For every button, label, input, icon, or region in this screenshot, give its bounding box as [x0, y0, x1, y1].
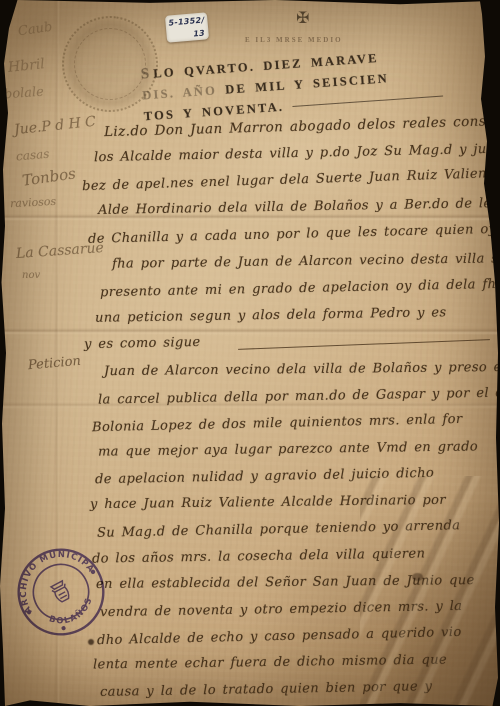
archive-label-fraction: 13	[193, 29, 205, 39]
maltese-cross-icon: ✠	[296, 8, 309, 27]
manuscript-line: y es como sigue	[84, 335, 201, 352]
manuscript-line: presento ante mi en grado de apelacion o…	[100, 277, 500, 300]
faded-seal-caption: E IL3 MRSE MEDIO	[245, 36, 343, 44]
ink-dot	[88, 639, 94, 645]
margin-note: Hbril	[7, 56, 45, 76]
manuscript-page: 5-1352/ 13 ✠ E IL3 MRSE MEDIO SLO QVARTO…	[0, 0, 500, 706]
margin-note: casas	[15, 147, 49, 164]
margin-note: nov	[22, 270, 40, 281]
svg-text:BOLAÑOS: BOLAÑOS	[45, 592, 100, 633]
margin-note-peticion: Peticion	[27, 354, 81, 374]
stamp-crest-emblem	[50, 580, 72, 603]
header-rule	[292, 95, 443, 107]
margin-note: Caub	[17, 20, 53, 40]
stamp-arc-bottom-text: BOLAÑOS	[45, 592, 100, 633]
embossed-seal-inner-ring	[69, 23, 150, 104]
margin-note: raviosos	[10, 195, 57, 210]
manuscript-line: Juan de Alarcon vecino dela villa de Bol…	[104, 360, 500, 379]
manuscript-line: de Chanilla y a cada uno por lo que les …	[88, 220, 500, 247]
fold-crease	[0, 328, 500, 335]
manuscript-line: una peticion segun y alos dela forma Ped…	[95, 305, 447, 326]
archive-label: 5-1352/ 13	[165, 12, 209, 43]
manuscript-line: los Alcalde maior desta villa y p.do Joz…	[94, 142, 495, 165]
printed-header: SLO QVARTO. DIEZ MARAVE DIS. AÑO DE MIL …	[140, 44, 444, 128]
archive-label-number: 5-1352/	[168, 15, 205, 27]
manuscript-line: Bolonia Lopez de dos mile quinientos mrs…	[92, 412, 463, 435]
manuscript-line: ma que mejor aya lugar parezco ante Vmd …	[98, 439, 478, 459]
margin-note: bolale	[4, 85, 45, 103]
printed-header-initial: S	[140, 66, 152, 83]
margin-note: Tonbos	[21, 164, 77, 189]
manuscript-line: bez de apel.nes enel lugar dela Suerte J…	[82, 165, 500, 194]
crumpled-corner	[360, 476, 500, 706]
ink-rule	[238, 339, 490, 350]
manuscript-line: fha por parte de Juan de Alarcon vecino …	[112, 251, 500, 272]
stamp-dot-bottom	[61, 625, 66, 630]
